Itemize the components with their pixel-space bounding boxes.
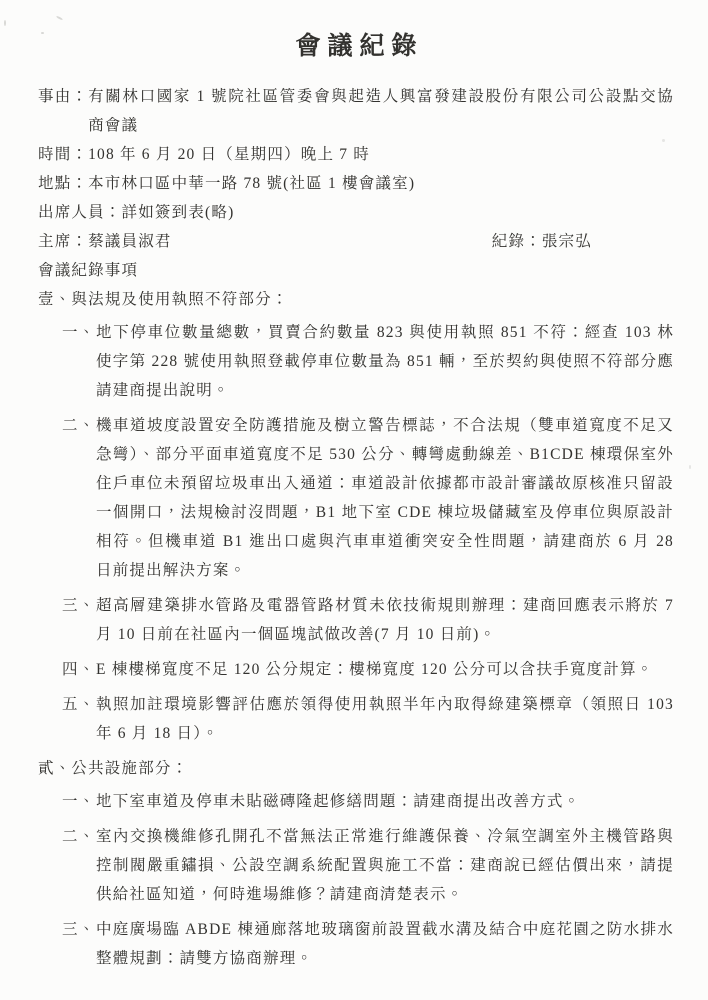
list-item-1-4: 四、 E 棟樓梯寬度不足 120 公分規定：樓梯寬度 120 公分可以含扶手寬度… (38, 655, 674, 684)
time-value: 108 年 6 月 20 日（星期四）晚上 7 時 (88, 140, 674, 169)
chair-value: 蔡議員淑君 (88, 233, 172, 250)
meta-row-attendees: 出席人員： 詳如簽到表(略) (38, 198, 674, 227)
meta-row-time: 時間： 108 年 6 月 20 日（星期四）晚上 7 時 (38, 140, 674, 169)
item-text: 中庭廣場臨 ABDE 棟通廊落地玻璃窗前設置截水溝及結合中庭花園之防水排水整體規… (96, 915, 674, 973)
subject-label: 事由： (38, 82, 88, 140)
item-text: 超高層建築排水管路及電器管路材質未依技術規則辦理：建商回應表示將於 7 月 10… (96, 591, 674, 649)
scan-speck (689, 465, 691, 469)
subject-value: 有關林口國家 1 號院社區管委會與起造人興富發建設股份有限公司公設點交協商會議 (88, 82, 674, 140)
scan-speck (56, 15, 63, 20)
item-text: 地下室車道及停車未貼磁磚隆起修繕問題：請建商提出改善方式。 (96, 787, 674, 816)
list-item-1-3: 三、 超高層建築排水管路及電器管路材質未依技術規則辦理：建商回應表示將於 7 月… (38, 591, 674, 649)
recorder-label: 紀錄： (492, 233, 542, 250)
location-value: 本市林口區中華一路 78 號(社區 1 樓會議室) (88, 169, 674, 198)
scan-speck (41, 32, 44, 34)
item-text: 地下停車位數量總數，買賣合約數量 823 與使用執照 851 不符：經查 103… (96, 318, 674, 405)
item-number: 二、 (62, 822, 96, 909)
items-heading: 會議紀錄事項 (38, 256, 674, 285)
item-number: 四、 (62, 655, 96, 684)
list-item-1-5: 五、 執照加註環境影響評估應於領得使用執照半年內取得綠建築標章（領照日 103 … (38, 690, 674, 748)
recorder: 紀錄：張宗弘 (492, 227, 592, 256)
item-number: 二、 (62, 411, 96, 585)
time-label: 時間： (38, 140, 88, 169)
item-number: 五、 (62, 690, 96, 748)
recorder-value: 張宗弘 (542, 233, 592, 250)
item-text: 室內交換機維修孔開孔不當無法正常進行維護保養、冷氣空調室外主機管路與控制閥嚴重鏽… (96, 822, 674, 909)
item-number: 三、 (62, 591, 96, 649)
attendees-label: 出席人員： (38, 198, 122, 227)
item-text: 機車道坡度設置安全防護措施及樹立警告標誌，不合法規（雙車道寬度不足又急彎）、部分… (96, 411, 674, 585)
list-item-1-2: 二、 機車道坡度設置安全防護措施及樹立警告標誌，不合法規（雙車道寬度不足又急彎）… (38, 411, 674, 585)
item-number: 一、 (62, 787, 96, 816)
chair-label: 主席： (38, 233, 88, 250)
list-item-2-3: 三、 中庭廣場臨 ABDE 棟通廊落地玻璃窗前設置截水溝及結合中庭花園之防水排水… (38, 915, 674, 973)
list-item-2-1: 一、 地下室車道及停車未貼磁磚隆起修繕問題：請建商提出改善方式。 (38, 787, 674, 816)
chair: 主席：蔡議員淑君 (38, 227, 172, 256)
meta-row-location: 地點： 本市林口區中華一路 78 號(社區 1 樓會議室) (38, 169, 674, 198)
chair-recorder-row: 主席：蔡議員淑君 紀錄：張宗弘 (38, 227, 674, 256)
page-title: 會議紀錄 (38, 30, 674, 64)
item-number: 一、 (62, 318, 96, 405)
list-item-1-1: 一、 地下停車位數量總數，買賣合約數量 823 與使用執照 851 不符：經查 … (38, 318, 674, 405)
scan-speck (4, 20, 6, 26)
scanned-document-page: 會議紀錄 事由： 有關林口國家 1 號院社區管委會與起造人興富發建設股份有限公司… (0, 0, 708, 1000)
item-text: E 棟樓梯寬度不足 120 公分規定：樓梯寬度 120 公分可以含扶手寬度計算。 (96, 655, 674, 684)
section-2-heading: 貳、公共設施部分： (38, 754, 674, 783)
attendees-value: 詳如簽到表(略) (122, 198, 674, 227)
meta-row-subject: 事由： 有關林口國家 1 號院社區管委會與起造人興富發建設股份有限公司公設點交協… (38, 82, 674, 140)
section-1-heading: 壹、與法規及使用執照不符部分： (38, 285, 674, 314)
item-text: 執照加註環境影響評估應於領得使用執照半年內取得綠建築標章（領照日 103 年 6… (96, 690, 674, 748)
location-label: 地點： (38, 169, 88, 198)
item-number: 三、 (62, 915, 96, 973)
scan-speck (662, 139, 665, 142)
list-item-2-2: 二、 室內交換機維修孔開孔不當無法正常進行維護保養、冷氣空調室外主機管路與控制閥… (38, 822, 674, 909)
